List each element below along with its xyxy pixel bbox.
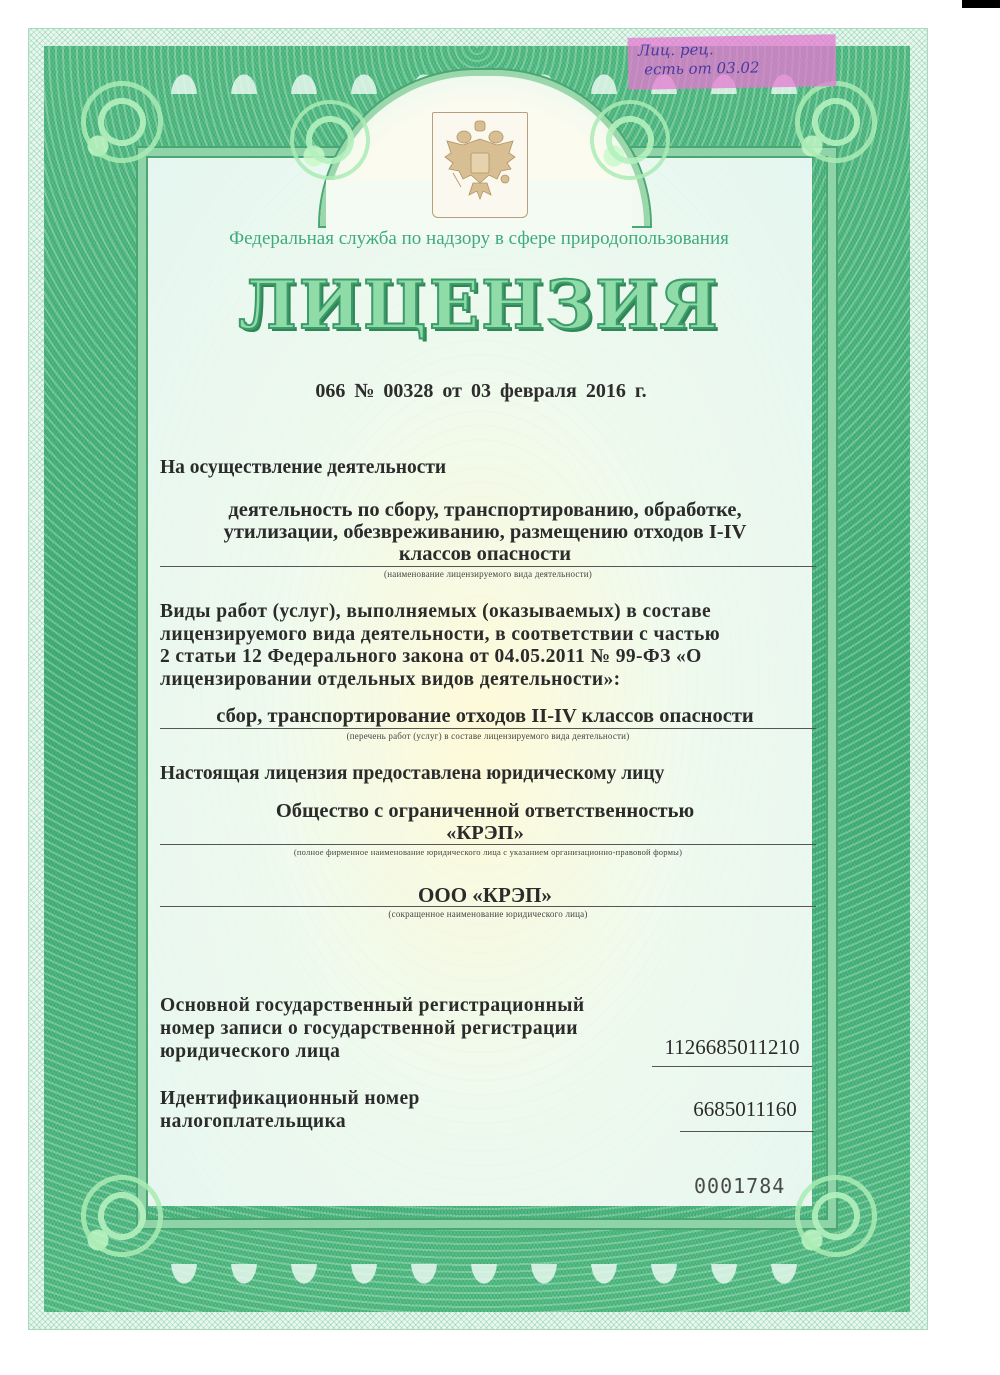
works-label-line: лицензировании отдельных видов деятельно… — [160, 669, 806, 692]
scan-edge-mark — [962, 0, 1000, 8]
holder-full-name-line: «КРЭП» — [160, 822, 810, 844]
inn-label: Идентификационный номер налогоплательщик… — [160, 1087, 420, 1133]
document-title: ЛИЦЕНЗИЯ — [0, 266, 958, 344]
activity-value: деятельность по сбору, транспортированию… — [160, 499, 810, 565]
activity-value-line: классов опасности — [160, 543, 810, 565]
ogrn-underline — [652, 1066, 812, 1067]
ornament-arch-right-icon — [590, 100, 670, 180]
ogrn-value: 1126685011210 — [652, 1036, 812, 1058]
holder-short-name-caption: (сокращенное наименование юридического л… — [160, 909, 816, 919]
activity-value-line: утилизации, обезвреживанию, размещению о… — [160, 521, 810, 543]
works-underline — [160, 728, 816, 729]
ornament-arch-left-icon — [290, 100, 370, 180]
holder-label: Настоящая лицензия предоставлена юридиче… — [160, 763, 664, 785]
activity-label: На осуществление деятельности — [160, 457, 446, 479]
inn-label-line: налогоплательщика — [160, 1110, 420, 1133]
handwritten-note-line-2: есть от 03.02 — [638, 57, 826, 79]
holder-full-name-caption: (полное фирменное наименование юридическ… — [160, 847, 816, 857]
ornament-corner-bottom-left-icon — [62, 1156, 182, 1276]
holder-full-name-underline — [160, 844, 816, 845]
issuing-agency: Федеральная служба по надзору в сфере пр… — [0, 228, 958, 250]
handwritten-note-highlight: Лиц. рец. есть от 03.02 — [628, 34, 837, 90]
works-label: Виды работ (услуг), выполняемых (оказыва… — [160, 601, 806, 691]
form-serial-number: 0001784 — [694, 1174, 785, 1198]
ornament-corner-bottom-right-icon — [776, 1156, 896, 1276]
ornament-corner-top-left-icon — [62, 62, 182, 182]
activity-caption: (наименование лицензируемого вида деятел… — [160, 569, 816, 579]
inn-underline — [680, 1131, 814, 1132]
band-wave-bottom — [154, 1264, 800, 1312]
works-label-line: лицензируемого вида деятельности, в соот… — [160, 624, 806, 647]
holder-full-name-line: Общество с ограниченной ответственностью — [160, 800, 810, 822]
ogrn-label-line: юридического лица — [160, 1040, 584, 1063]
ogrn-label-line: Основной государственный регистрационный — [160, 994, 584, 1017]
inn-value: 6685011160 — [676, 1098, 814, 1120]
inn-label-line: Идентификационный номер — [160, 1087, 420, 1110]
ogrn-label: Основной государственный регистрационный… — [160, 994, 584, 1063]
works-label-line: 2 статьи 12 Федерального закона от 04.05… — [160, 646, 806, 669]
coat-of-arms-emblem — [432, 112, 528, 218]
works-caption: (перечень работ (услуг) в составе лиценз… — [160, 731, 816, 741]
ogrn-label-line: номер записи о государственной регистрац… — [160, 1017, 584, 1040]
holder-short-name-underline — [160, 906, 816, 907]
activity-value-line: деятельность по сбору, транспортированию… — [160, 499, 810, 521]
works-label-line: Виды работ (услуг), выполняемых (оказыва… — [160, 601, 806, 624]
works-value: сбор, транспортирование отходов II-IV кл… — [160, 705, 810, 727]
activity-underline — [160, 566, 816, 567]
holder-full-name: Общество с ограниченной ответственностью… — [160, 800, 810, 844]
holder-short-name: ООО «КРЭП» — [160, 884, 810, 906]
double-headed-eagle-icon — [433, 113, 527, 217]
license-number-line: 066 № 00328 от 03 февраля 2016 г. — [0, 380, 962, 403]
